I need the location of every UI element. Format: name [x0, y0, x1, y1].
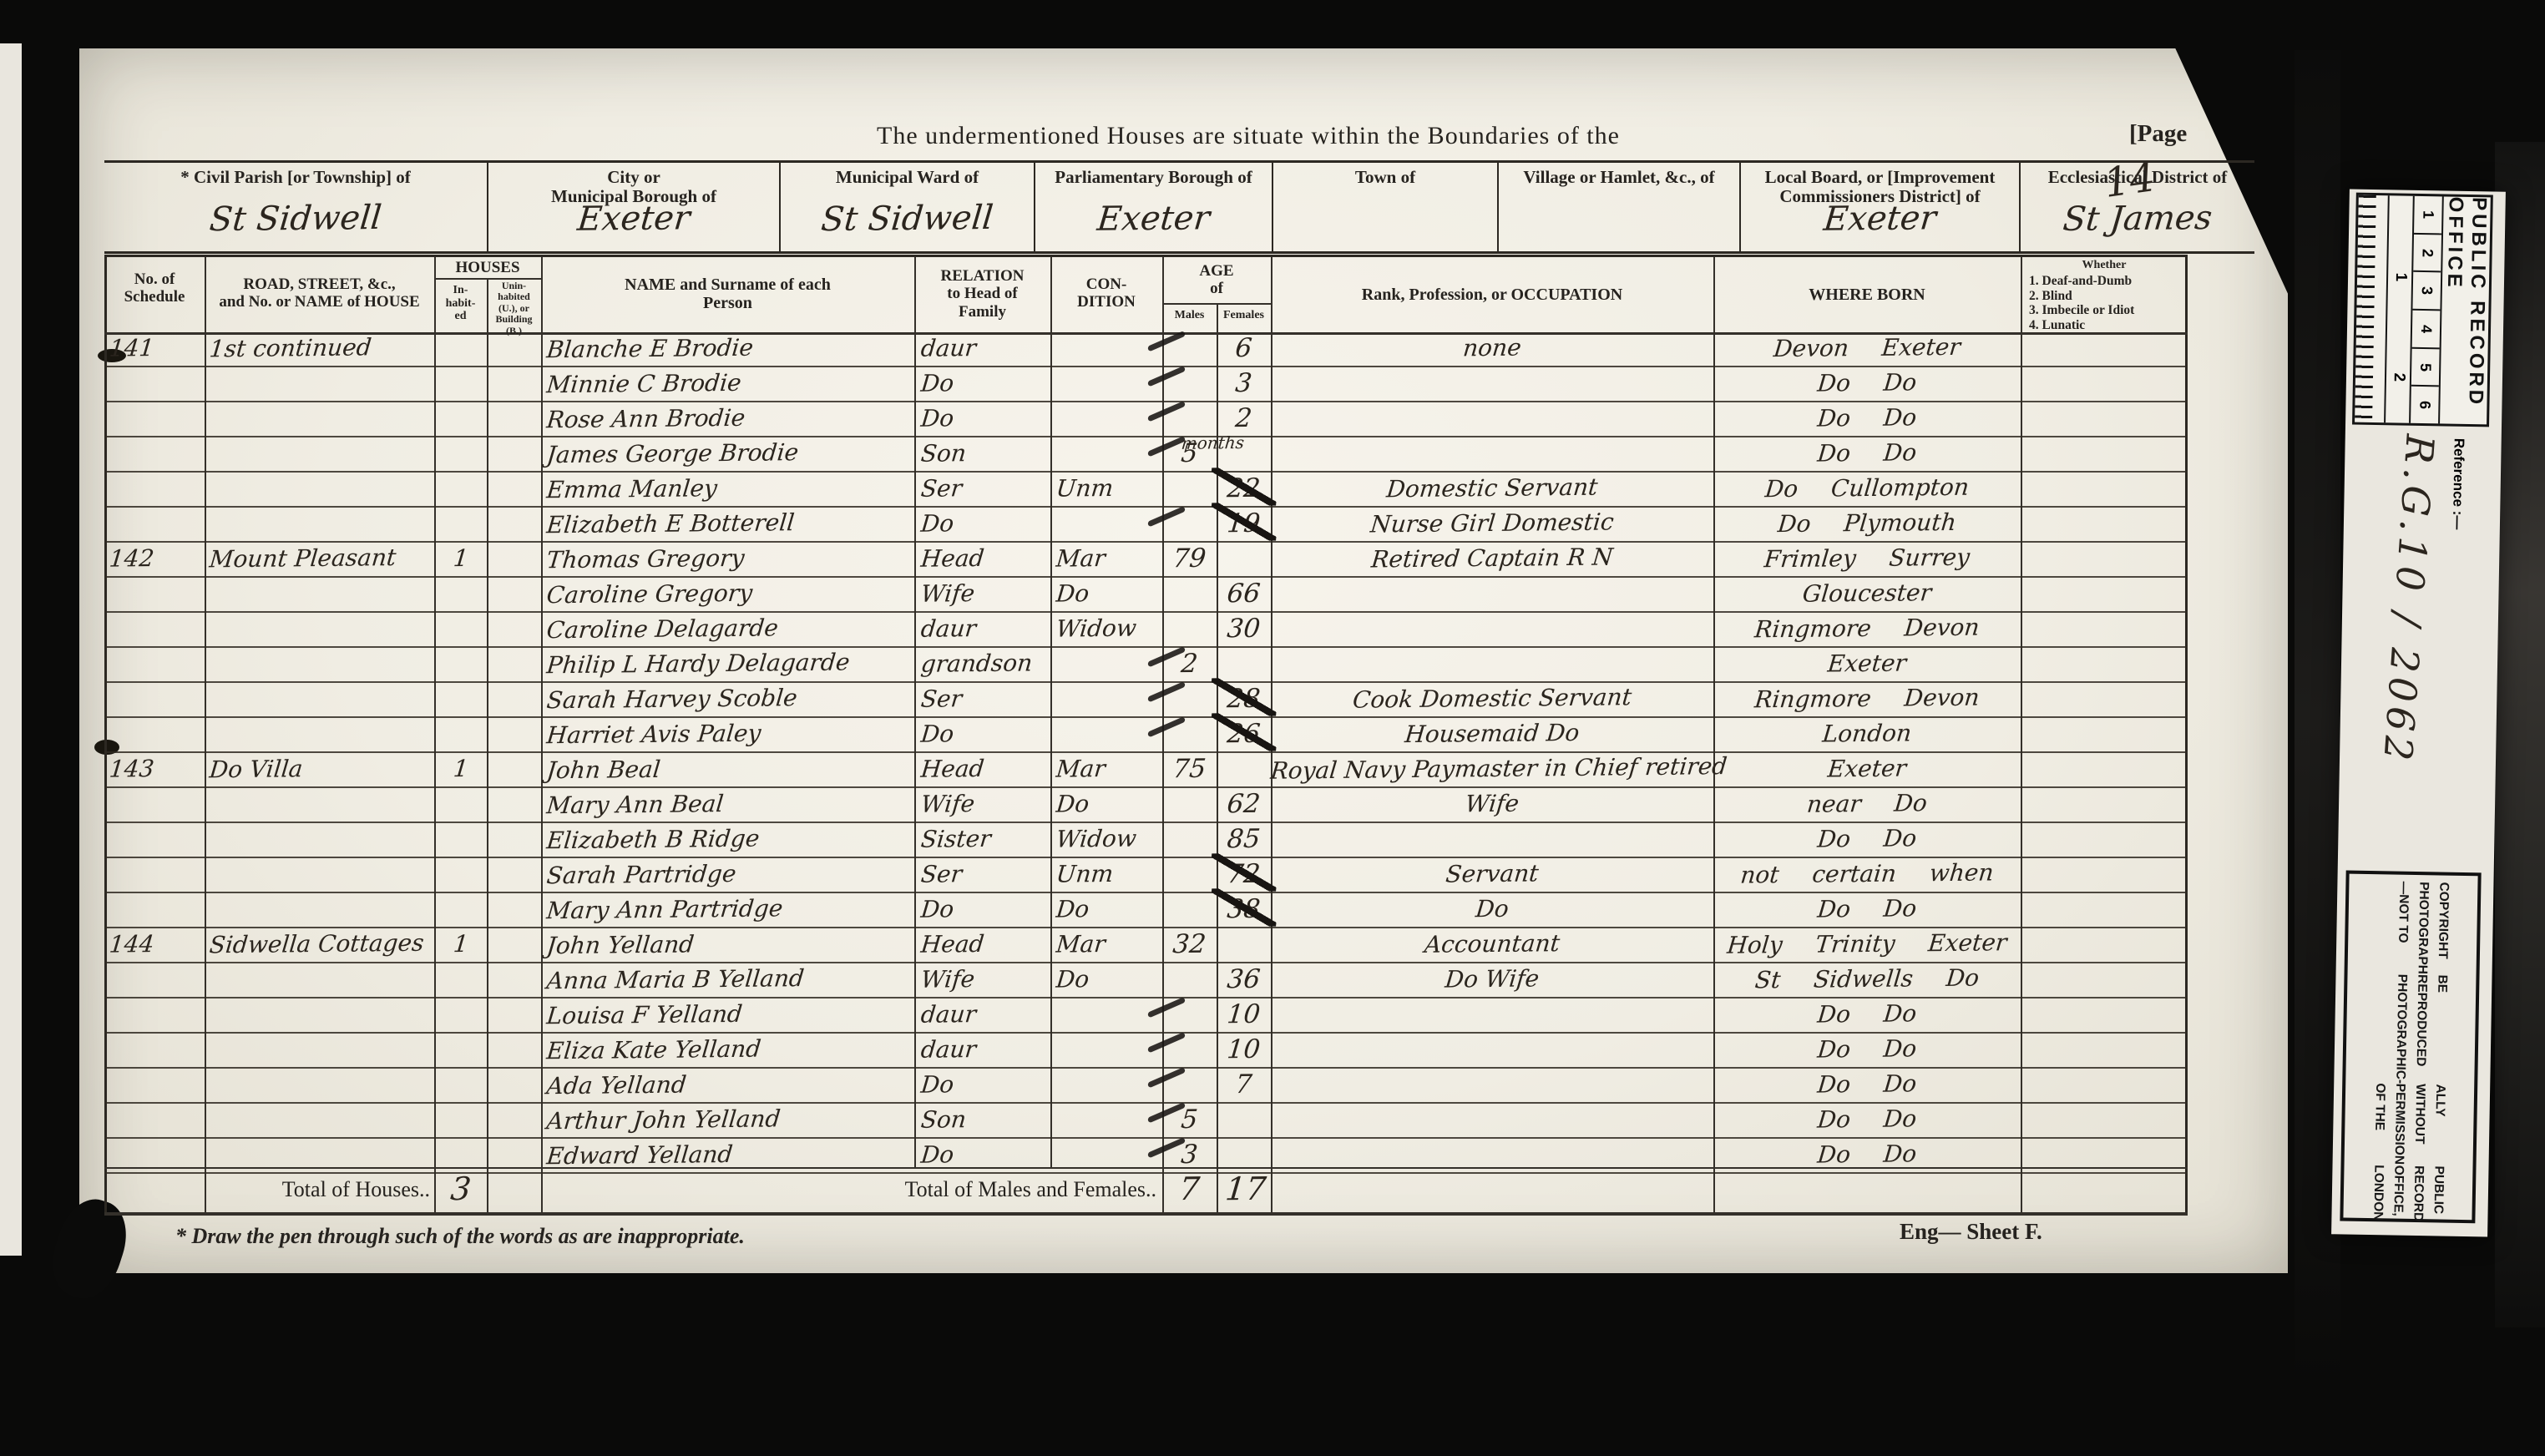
header-field-label: Village or Hamlet, &c., of	[1499, 163, 1739, 187]
occupation: Cook Domestic Servant	[1269, 680, 1715, 717]
person-name: James George Brodie	[545, 436, 914, 472]
occupation: Housemaid Do	[1269, 715, 1715, 752]
age-female-cell: 10	[1215, 1034, 1272, 1066]
person-name: Caroline Gregory	[545, 576, 914, 612]
relation-to-head: Head	[919, 542, 1048, 575]
occupation: none	[1269, 330, 1715, 367]
occupation: Retired Captain R N	[1269, 540, 1715, 577]
header-field-value: St James	[2019, 199, 2257, 240]
person-name: Emma Manley	[545, 471, 914, 507]
table-row: Mary Ann Beal Wife Do 62 Wife near Do	[104, 788, 2188, 823]
table-row: Rose Ann Brodie Do 2 Do Do	[104, 402, 2188, 437]
age-female-cell: 66	[1215, 578, 1272, 610]
schedule-number	[109, 472, 201, 473]
header-field-label: * Civil Parish [or Township] of	[104, 163, 487, 187]
header-field: Local Board, or [Improvement Commissione…	[1741, 163, 2021, 251]
relation-to-head: Do	[919, 1138, 1048, 1171]
road-name	[210, 1033, 431, 1035]
person-name: Thomas Gregory	[545, 541, 914, 577]
ruler-cm-label: 4	[2412, 311, 2441, 349]
houses-inhabited	[437, 823, 485, 824]
copyright-line: COPYRIGHT PHOTOGRAPH—NOT TO	[2372, 881, 2454, 974]
schedule-number	[109, 507, 201, 508]
road-name	[210, 857, 431, 860]
table-row: 144 Sidwella Cottages 1 John Yelland Hea…	[104, 928, 2188, 963]
table-row: Louisa F Yelland daur 10 Do Do	[104, 998, 2188, 1034]
header-field-value	[1273, 199, 1497, 201]
person-name: Arthur John Yelland	[545, 1102, 914, 1138]
road-name	[210, 963, 431, 965]
col-header-uninhabited: Unin- habited (U.), or Building (B.)	[487, 281, 541, 336]
table-row: Caroline Gregory Wife Do 66 Gloucester	[104, 578, 2188, 613]
houses-uninhabited	[488, 437, 539, 438]
age-female-cell	[1217, 543, 1271, 543]
table-row: Arthur John Yelland Son 5 Do Do	[104, 1104, 2188, 1139]
person-name: Sarah Harvey Scoble	[545, 681, 914, 717]
person-name: Philip L Hardy Delagarde	[545, 646, 914, 682]
disability-item: 4. Lunatic	[2029, 318, 2188, 333]
houses-uninhabited	[488, 332, 539, 333]
age-female-cell: 72	[1215, 858, 1272, 891]
where-born: Ringmore Devon	[1712, 681, 2022, 716]
houses-uninhabited	[488, 613, 539, 614]
age-male-cell: 5	[1161, 1104, 1218, 1136]
relation-to-head: Head	[919, 752, 1048, 786]
houses-inhabited	[437, 473, 485, 473]
road-name	[210, 612, 431, 614]
where-born: Do Do	[1712, 822, 2022, 857]
occupation: Do	[1269, 891, 1715, 928]
col-header-relation: RELATION to Head of Family	[914, 267, 1050, 321]
houses-inhabited	[437, 402, 485, 403]
schedule-number	[109, 367, 201, 367]
table-row: Elizabeth B Ridge Sister Widow 85 Do Do	[104, 823, 2188, 858]
person-name: Elizabeth E Botterell	[545, 506, 914, 542]
houses-uninhabited	[488, 718, 539, 719]
schedule-number: 142	[108, 542, 203, 574]
person-name: Rose Ann Brodie	[545, 401, 914, 437]
col-header-road: ROAD, STREET, &c., and No. or NAME of HO…	[205, 276, 434, 311]
road-name: 1st continued	[208, 331, 433, 366]
relation-to-head: grandson	[919, 647, 1048, 680]
houses-uninhabited	[488, 1069, 539, 1069]
relation-to-head: daur	[919, 331, 1048, 365]
disability-item: 2. Blind	[2029, 289, 2188, 304]
table-row: Anna Maria B Yelland Wife Do 36 Do Wife …	[104, 963, 2188, 998]
condition: Widow	[1055, 612, 1160, 645]
condition: Do	[1055, 963, 1160, 995]
occupation: Royal Navy Paymaster in Chief retired	[1269, 751, 1715, 787]
age-male-cell: 32	[1161, 928, 1218, 961]
header-field: Town of	[1273, 163, 1499, 251]
ruler-cm-label: 3	[2412, 272, 2441, 311]
schedule-number: 144	[108, 928, 203, 960]
age-male-cell	[1162, 1069, 1217, 1069]
total-females-value: 17	[1215, 1167, 1278, 1211]
condition	[1056, 1033, 1158, 1034]
houses-uninhabited	[488, 893, 539, 894]
houses-inhabited	[437, 332, 485, 333]
ruler: 1 2 1 2 3 4 5 6 PUBLIC RECORD OFFICE	[2352, 193, 2493, 427]
header-field: Village or Hamlet, &c., of	[1499, 163, 1741, 251]
condition: Do	[1055, 787, 1160, 820]
age-male-cell	[1162, 858, 1217, 859]
person-name: John Beal	[545, 751, 914, 787]
age-male-cell	[1162, 613, 1217, 614]
age-male-cell: 2	[1161, 648, 1218, 680]
road-name	[210, 437, 431, 439]
age-female-cell: 7	[1215, 1069, 1272, 1101]
header-field-label: Municipal Ward of	[781, 163, 1034, 187]
schedule-number	[109, 1033, 201, 1034]
table-row: Sarah Partridge Ser Unm 72 Servant not c…	[104, 858, 2188, 893]
houses-uninhabited	[488, 1139, 539, 1140]
col-header-occupation: Rank, Profession, or OCCUPATION	[1271, 286, 1713, 304]
relation-to-head: Do	[919, 402, 1048, 435]
relation-to-head: Do	[919, 367, 1048, 400]
road-name	[210, 1068, 431, 1070]
where-born: not certain when	[1712, 857, 2022, 892]
condition: Unm	[1055, 857, 1160, 890]
relation-to-head: Wife	[919, 963, 1048, 996]
sheet-label: Eng— Sheet F.	[1900, 1219, 2042, 1245]
houses-inhabited	[437, 648, 485, 649]
houses-uninhabited	[488, 473, 539, 473]
relation-to-head: Head	[919, 928, 1048, 961]
houses-inhabited: 1	[435, 928, 487, 961]
condition: Do	[1055, 577, 1160, 609]
condition: Widow	[1055, 822, 1160, 855]
houses-uninhabited	[488, 823, 539, 824]
where-born: Do Cullompton	[1712, 471, 2022, 506]
relation-to-head: Wife	[919, 787, 1048, 821]
copyright-line: BE REPRODUCED PHOTOGRAPHIC-	[2370, 973, 2451, 1084]
schedule-number	[109, 822, 201, 823]
houses-uninhabited	[488, 543, 539, 543]
road-name: Do Villa	[208, 752, 433, 786]
age-male-cell	[1162, 367, 1217, 368]
houses-uninhabited	[488, 788, 539, 789]
relation-to-head: Do	[919, 507, 1048, 540]
age-male-cell	[1162, 718, 1217, 719]
schedule-number	[109, 1068, 201, 1069]
header-field-value: St Sidwell	[103, 198, 489, 240]
relation-to-head: Ser	[919, 857, 1048, 891]
where-born: Do Do	[1712, 436, 2022, 471]
person-name: Caroline Delagarde	[545, 611, 914, 647]
relation-to-head: Ser	[919, 682, 1048, 715]
ruler-cm-label: 6	[2411, 387, 2439, 423]
condition: Mar	[1055, 928, 1160, 960]
where-born: Do Do	[1712, 892, 2022, 927]
condition	[1056, 682, 1158, 683]
relation-to-head: Son	[919, 437, 1048, 470]
header-field-value: St Sidwell	[779, 198, 1036, 239]
where-born: Do Plymouth	[1712, 506, 2022, 541]
age-subrule	[1162, 303, 1271, 305]
header-field: Municipal Ward of St Sidwell	[781, 163, 1035, 251]
disability-item: 1. Deaf-and-Dumb	[2029, 274, 2188, 289]
houses-uninhabited	[488, 367, 539, 368]
houses-inhabited	[437, 998, 485, 999]
table-row: Emma Manley Ser Unm 22 Domestic Servant …	[104, 473, 2188, 508]
table-row: Mary Ann Partridge Do Do 38 Do Do Do	[104, 893, 2188, 928]
where-born: Exeter	[1712, 751, 2022, 786]
footnote: * Draw the pen through such of the words…	[175, 1224, 745, 1249]
copyright-line: PUBLIC RECORD OFFICE, LONDON	[2367, 1165, 2448, 1222]
age-female-cell: 6	[1215, 332, 1272, 365]
relation-to-head: daur	[919, 612, 1048, 645]
occupation: Servant	[1269, 856, 1715, 892]
road-name	[210, 1103, 431, 1105]
header-field: Parliamentary Borough of Exeter	[1035, 163, 1273, 251]
houses-uninhabited	[488, 1034, 539, 1034]
relation-to-head: Wife	[919, 577, 1048, 610]
header-field-label: Parliamentary Borough of	[1035, 163, 1272, 187]
relation-to-head: Sister	[919, 822, 1048, 856]
condition	[1056, 1103, 1158, 1104]
where-born: Do Do	[1712, 366, 2022, 401]
houses-inhabited	[437, 893, 485, 894]
road-name	[210, 787, 431, 790]
houses-uninhabited	[488, 508, 539, 508]
schedule-number	[109, 998, 201, 998]
age-male-cell	[1162, 508, 1217, 508]
schedule-number	[109, 892, 201, 893]
houses-inhabited	[437, 788, 485, 789]
age-female-cell: 3	[1215, 367, 1272, 400]
ruler-cm-label: 5	[2411, 348, 2440, 387]
houses-uninhabited	[488, 858, 539, 859]
houses-inhabited	[437, 683, 485, 684]
schedule-number	[109, 1138, 201, 1139]
col-header-schedule: No. of Schedule	[104, 270, 205, 306]
schedule-number	[109, 717, 201, 718]
pro-film-strip: 1 2 1 2 3 4 5 6 PUBLIC RECORD OFFICE Ref…	[2331, 189, 2506, 1236]
schedule-number	[109, 857, 201, 858]
schedule-number	[109, 612, 201, 613]
age-female-cell: 28	[1215, 683, 1272, 715]
age-male-cell	[1162, 683, 1217, 684]
table-row: 141 1st continued Blanche E Brodie daur …	[104, 332, 2188, 367]
schedule-number: 141	[108, 331, 203, 364]
col-header-born: WHERE BORN	[1713, 286, 2021, 304]
totals-row: Total of Houses.. 3 Total of Males and F…	[104, 1167, 2188, 1216]
age-male-cell	[1162, 788, 1217, 789]
header-field-value	[1499, 198, 1739, 200]
schedule-number	[109, 963, 201, 963]
houses-uninhabited	[488, 753, 539, 754]
disability-item: 3. Imbecile or Idiot	[2029, 303, 2188, 318]
age-male-cell	[1162, 473, 1217, 473]
person-name: John Yelland	[545, 927, 914, 963]
age-female-cell: 26	[1215, 718, 1272, 751]
census-photograph: The undermentioned Houses are situate wi…	[0, 0, 2545, 1456]
page-title: The undermentioned Houses are situate wi…	[747, 122, 1749, 150]
road-name	[210, 998, 431, 1000]
age-male-cell: 3	[1161, 1139, 1218, 1171]
age-female-cell: 30	[1215, 613, 1272, 645]
col-header-condition: CON- DITION	[1050, 276, 1162, 311]
ruler-ticks	[2355, 195, 2390, 423]
age-female-cell: 62	[1215, 788, 1272, 821]
where-born: Do Do	[1712, 401, 2022, 436]
schedule-number	[109, 437, 201, 437]
houses-uninhabited	[488, 928, 539, 929]
person-name: Anna Maria B Yelland	[545, 962, 914, 998]
person-name: Louisa F Yelland	[545, 997, 914, 1033]
condition	[1056, 717, 1158, 718]
where-born: Do Do	[1712, 997, 2022, 1032]
total-males-value: 7	[1161, 1167, 1219, 1211]
where-born: Ringmore Devon	[1712, 611, 2022, 646]
table-row: Harriet Avis Paley Do 26 Housemaid Do Lo…	[104, 718, 2188, 753]
relation-to-head: Do	[919, 1068, 1048, 1101]
where-born: Holy Trinity Exeter	[1712, 927, 2022, 962]
houses-inhabited	[437, 1069, 485, 1069]
schedule-number: 143	[108, 752, 203, 785]
age-male-cell	[1162, 963, 1217, 964]
relation-to-head: daur	[919, 998, 1048, 1031]
age-male-cell	[1162, 998, 1217, 999]
table-row: Ada Yelland Do 7 Do Do	[104, 1069, 2188, 1104]
road-name	[210, 577, 431, 579]
where-born: near Do	[1712, 786, 2022, 822]
road-name	[210, 472, 431, 474]
table-row: Elizabeth E Botterell Do 19 Nurse Girl D…	[104, 508, 2188, 543]
age-months-note: months	[1181, 432, 1316, 453]
copyright-box: COPYRIGHT PHOTOGRAPH—NOT TO BE REPRODUCE…	[2340, 871, 2481, 1224]
relation-to-head: Do	[919, 892, 1048, 926]
person-name: Mary Ann Beal	[545, 786, 914, 822]
road-name: Sidwella Cottages	[208, 928, 433, 962]
houses-inhabited	[437, 437, 485, 438]
occupation: Accountant	[1269, 926, 1715, 963]
schedule-number	[109, 577, 201, 578]
houses-inhabited	[437, 508, 485, 508]
age-male-cell	[1162, 332, 1217, 333]
header-field: City or Municipal Borough of Exeter	[488, 163, 781, 251]
houses-inhabited: 1	[435, 543, 487, 575]
where-born: St Sidwells Do	[1712, 962, 2022, 997]
age-female-cell: 85	[1215, 823, 1272, 856]
header-field-label: Town of	[1273, 163, 1497, 187]
page-label: [Page	[2129, 120, 2187, 148]
condition	[1056, 998, 1158, 998]
person-name: Elizabeth B Ridge	[545, 822, 914, 857]
census-table: No. of Schedule ROAD, STREET, &c., and N…	[104, 255, 2188, 1216]
table-row: James George Brodie Son 5 Do Do months	[104, 437, 2188, 473]
condition: Do	[1055, 892, 1160, 925]
houses-inhabited	[437, 1034, 485, 1034]
road-name	[210, 402, 431, 404]
houses-inhabited	[437, 963, 485, 964]
col-header-females: Females	[1217, 309, 1271, 322]
condition	[1056, 437, 1158, 437]
houses-uninhabited	[488, 1104, 539, 1105]
table-row: Eliza Kate Yelland daur 10 Do Do	[104, 1034, 2188, 1069]
person-name: Harriet Avis Paley	[545, 716, 914, 752]
road-name	[210, 1138, 431, 1140]
reference-label: Reference :—	[2449, 438, 2467, 530]
where-born: Frimley Surrey	[1712, 541, 2022, 576]
table-row: 142 Mount Pleasant 1 Thomas Gregory Head…	[104, 543, 2188, 578]
age-months-note	[1181, 326, 1315, 328]
houses-uninhabited	[488, 648, 539, 649]
houses-uninhabited	[488, 578, 539, 579]
table-row: Sarah Harvey Scoble Ser 28 Cook Domestic…	[104, 683, 2188, 718]
col-header-age: AGE of	[1162, 262, 1271, 298]
condition	[1056, 402, 1158, 402]
condition	[1056, 367, 1158, 367]
houses-inhabited	[437, 613, 485, 614]
person-name: Minnie C Brodie	[545, 366, 914, 402]
col-header-males: Males	[1162, 309, 1217, 322]
age-male-cell	[1162, 823, 1217, 824]
occupation: Do Wife	[1269, 961, 1715, 998]
total-houses-value: 3	[435, 1167, 488, 1211]
person-name: Eliza Kate Yelland	[545, 1032, 914, 1068]
ruler-cm-label: 2	[2413, 234, 2441, 272]
person-name: Sarah Partridge	[545, 857, 914, 892]
table-row: 143 Do Villa 1 John Beal Head Mar 75 Roy…	[104, 753, 2188, 788]
table-row: Philip L Hardy Delagarde grandson 2 Exet…	[104, 648, 2188, 683]
houses-inhabited	[437, 1104, 485, 1105]
houses-uninhabited	[488, 402, 539, 403]
road-name	[210, 822, 431, 825]
col-header-inhabited: In- habit- ed	[434, 284, 487, 323]
header-field-value: Exeter	[1739, 198, 2021, 239]
condition: Unm	[1055, 472, 1160, 504]
age-male-cell: 75	[1161, 753, 1218, 786]
where-born: Do Do	[1712, 1102, 2022, 1137]
header-field-label: Ecclesiastical District of	[2021, 163, 2254, 187]
age-male-cell	[1162, 402, 1217, 403]
houses-inhabited	[437, 718, 485, 719]
road-name	[210, 892, 431, 895]
header-field: * Civil Parish [or Township] of St Sidwe…	[104, 163, 488, 251]
age-female-cell: 19	[1215, 508, 1272, 540]
occupation: Wife	[1269, 786, 1715, 822]
col-header-whether: Whether	[2021, 259, 2188, 272]
header-fields: * Civil Parish [or Township] of St Sidwe…	[104, 160, 2254, 254]
person-name: Ada Yelland	[545, 1067, 914, 1103]
ruler-inch-label: 2	[2390, 372, 2408, 382]
where-born: Devon Exeter	[1712, 331, 2022, 366]
houses-inhabited	[437, 858, 485, 859]
road-name	[210, 647, 431, 650]
header-field: Ecclesiastical District of St James	[2021, 163, 2254, 251]
age-female-cell: 38	[1215, 893, 1272, 926]
condition	[1056, 331, 1158, 332]
relation-to-head: Ser	[919, 472, 1048, 505]
ruler-inch-label: 1	[2391, 273, 2410, 282]
census-page: The undermentioned Houses are situate wi…	[79, 48, 2288, 1273]
age-male-cell	[1162, 578, 1217, 579]
copyright-line: ALLY WITHOUT PERMISSION OF THE	[2369, 1083, 2451, 1165]
header-field-value: Exeter	[487, 198, 782, 240]
relation-to-head: Do	[919, 717, 1048, 751]
road-name	[210, 682, 431, 685]
occupation: Nurse Girl Domestic	[1269, 505, 1715, 542]
ruler-cm-label: 1	[2414, 196, 2442, 235]
schedule-number	[109, 647, 201, 648]
schedule-number	[109, 787, 201, 788]
occupation: Domestic Servant	[1269, 470, 1715, 507]
schedule-number	[109, 1103, 201, 1104]
road-name	[210, 717, 431, 720]
condition	[1056, 507, 1158, 508]
